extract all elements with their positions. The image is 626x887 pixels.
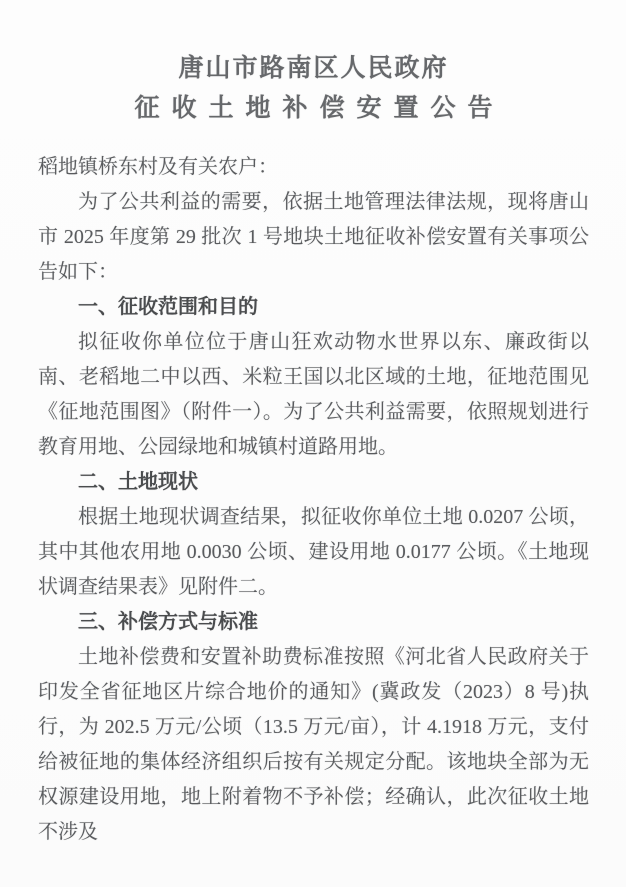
section-1-heading: 一、征收范围和目的 xyxy=(38,290,589,325)
section-2-heading: 二、土地现状 xyxy=(38,465,589,500)
document-body: 稻地镇桥东村及有关农户： 为了公共利益的需要，依据土地管理法律法规，现将唐山市 … xyxy=(38,150,589,850)
document-title-line2: 征收土地补偿安置公告 xyxy=(38,88,589,130)
section-3-heading: 三、补偿方式与标准 xyxy=(38,605,589,640)
salutation-line: 稻地镇桥东村及有关农户： xyxy=(38,150,589,185)
announcement-page: 唐山市路南区人民政府 征收土地补偿安置公告 稻地镇桥东村及有关农户： 为了公共利… xyxy=(0,0,626,887)
intro-paragraph: 为了公共利益的需要，依据土地管理法律法规，现将唐山市 2025 年度第 29 批… xyxy=(38,185,589,290)
section-2-paragraph: 根据土地现状调查结果，拟征收你单位土地 0.0207 公顷，其中其他农用地 0.… xyxy=(38,500,589,605)
section-3-paragraph: 土地补偿费和安置补助费标准按照《河北省人民政府关于印发全省征地区片综合地价的通知… xyxy=(38,640,589,850)
document-title-line1: 唐山市路南区人民政府 xyxy=(38,50,589,88)
section-1-paragraph: 拟征收你单位位于唐山狂欢动物水世界以东、廉政街以南、老稻地二中以西、米粒王国以北… xyxy=(38,325,589,465)
